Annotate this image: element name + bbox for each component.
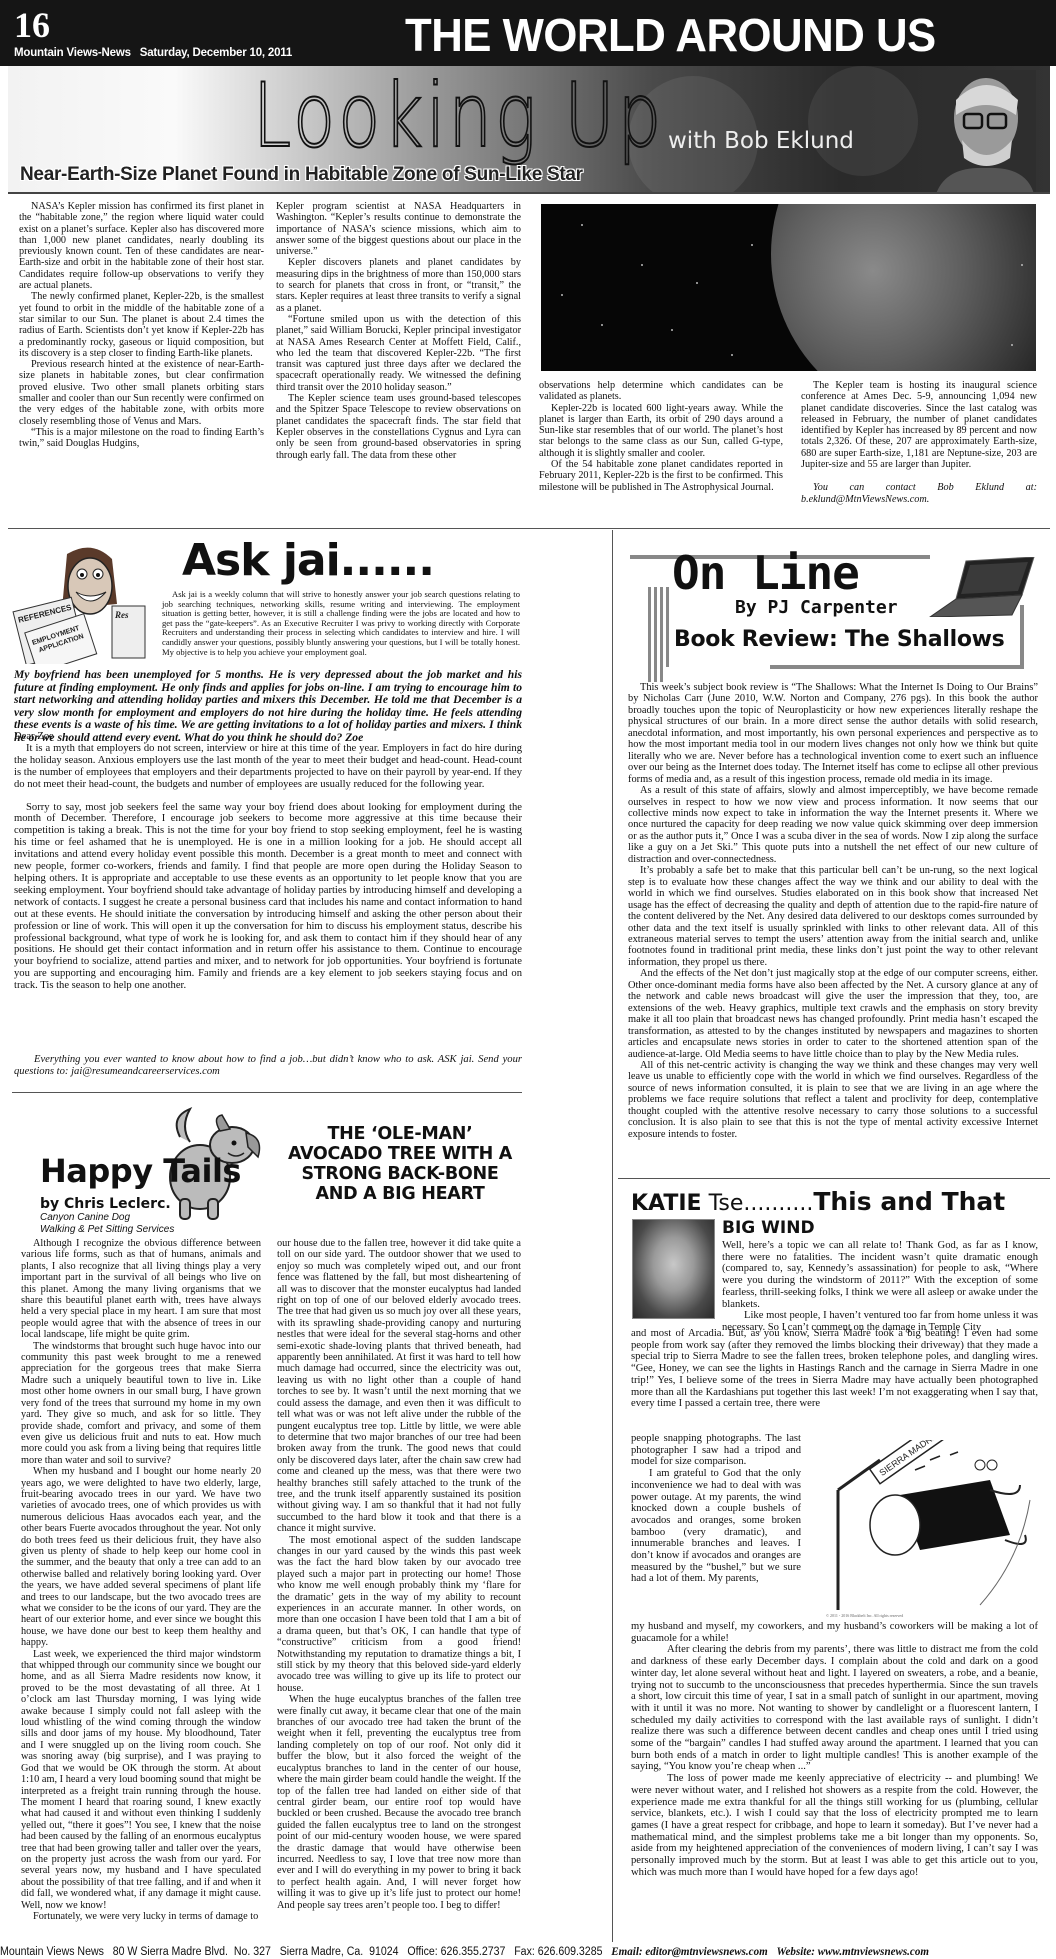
- paragraph: Although I recognize the obvious differe…: [21, 1238, 261, 1341]
- paragraph: The loss of power made me keenly appreci…: [631, 1773, 1038, 1878]
- footer-paper-name: Mountain Views News: [0, 1946, 104, 1958]
- svg-text:Res: Res: [114, 610, 129, 620]
- paragraph: Of the 54 habitable zone planet candidat…: [539, 459, 783, 493]
- book-review-title: Book Review: The Shallows: [674, 627, 1004, 652]
- looking-up-column-1: NASA’s Kepler mission has confirmed its …: [19, 201, 264, 450]
- paragraph: All of this net-centric activity is chan…: [628, 1060, 1038, 1140]
- paragraph: Sorry to say, most job seekers feel the …: [14, 802, 522, 993]
- salutation: Dear Zoe: [14, 731, 522, 743]
- footer-email-link[interactable]: Email: editor@mtnviewsnews.com: [611, 1944, 767, 1958]
- paragraph: It is a myth that employers do not scree…: [14, 743, 522, 791]
- paragraph: Fortunately, we were very lucky in terms…: [21, 1911, 261, 1922]
- ask-jai-answer: Dear Zoe It is a myth that employers do …: [14, 731, 522, 992]
- paragraph: NASA’s Kepler mission has confirmed its …: [19, 201, 264, 291]
- paragraph: The newly confirmed planet, Kepler-22b, …: [19, 291, 264, 359]
- paragraph: observations help determine which candid…: [539, 380, 783, 403]
- katie-column-title: KATIE Tse..........This and That: [631, 1187, 1005, 1216]
- paragraph: The Kepler team is hosting its inaugural…: [801, 380, 1037, 470]
- on-line-byline: By PJ Carpenter: [735, 597, 898, 618]
- title-column-name: This and That: [813, 1187, 1005, 1216]
- page-number: 16: [14, 4, 50, 46]
- ask-jai-signoff: Everything you ever wanted to know about…: [14, 1054, 522, 1078]
- paragraph: our house due to the fallen tree, howeve…: [277, 1238, 521, 1535]
- footer-fax: Fax: 626.609.3285: [514, 1946, 602, 1958]
- article-subtitle: BIG WIND: [722, 1218, 815, 1238]
- paragraph: When my husband and I bought our home ne…: [21, 1466, 261, 1649]
- author-organization: Canyon Canine Dog: [40, 1212, 130, 1223]
- paragraph: “This is a major milestone on the road t…: [19, 427, 264, 450]
- section-title: THE WORLD AROUND US: [405, 8, 936, 62]
- author-organization: Walking & Pet Sitting Services: [40, 1224, 174, 1235]
- ask-jai-cartoon: REFERENCES EMPLOYMENT APPLICATION Res: [12, 544, 147, 664]
- footer-office-phone: Office: 626.355.2737: [407, 1946, 505, 1958]
- paragraph: And the effects of the Net don’t just ma…: [628, 968, 1038, 1060]
- paragraph: The windstorms that brought such huge ha…: [21, 1341, 261, 1466]
- column-divider: [612, 530, 613, 1942]
- paragraph: Previous research hinted at the existenc…: [19, 359, 264, 427]
- paragraph: This week’s subject book review is “The …: [628, 682, 1038, 785]
- looking-up-column-3: observations help determine which candid…: [539, 380, 783, 493]
- paragraph: people snapping photographs. The last ph…: [631, 1433, 801, 1468]
- title-author: KATIE: [631, 1191, 702, 1216]
- windstorm-cartoon: SIERRA MADRE: [820, 1440, 1040, 1615]
- paragraph: “Fortune smiled upon us with the detecti…: [276, 314, 521, 393]
- paragraph: The Kepler science team uses ground-base…: [276, 393, 521, 461]
- page-footer: Mountain Views News 80 W Sierra Madre Bl…: [0, 1944, 972, 1959]
- lens-flare-decoration: [808, 66, 918, 176]
- section-divider: [8, 528, 1050, 529]
- paper-date: Mountain Views-News Saturday, December 1…: [14, 47, 292, 59]
- ask-jai-intro: Ask jai is a weekly column that will str…: [162, 590, 520, 657]
- section-divider: [618, 1178, 1050, 1179]
- author-photo: [926, 70, 1036, 194]
- paragraph: When the huge eucalyptus branches of the…: [277, 1694, 521, 1911]
- column-byline: with Bob Eklund: [668, 128, 854, 154]
- cartoon-credit: © 2011 - 2016 Blackbelt Inc. All rights …: [826, 1613, 903, 1618]
- footer-address: 80 W Sierra Madre Blvd. No. 327 Sierra M…: [113, 1946, 399, 1958]
- paragraph: After clearing the debris from my parent…: [631, 1644, 1038, 1773]
- kepler-22b-planet-image: [541, 204, 1036, 371]
- looking-up-column-2: Kepler program scientist at NASA Headqua…: [276, 201, 521, 461]
- happy-tails-byline: by Chris Leclerc.: [40, 1196, 171, 1212]
- paragraph: Kepler discovers planets and planet cand…: [276, 257, 521, 313]
- laptop-icon: [926, 557, 1038, 617]
- katie-body-continued: my husband and myself, my coworkers, and…: [631, 1621, 1038, 1878]
- on-line-logo: On Line By PJ Carpenter Book Review: The…: [620, 547, 1040, 682]
- paragraph: Kepler program scientist at NASA Headqua…: [276, 201, 521, 257]
- paragraph: It’s probably a safe bet to make that th…: [628, 865, 1038, 968]
- paragraph: I am grateful to God that the only incon…: [631, 1468, 801, 1585]
- footer-website-link[interactable]: Website: www.mtnviewsnews.com: [777, 1944, 929, 1958]
- paragraph: Well, here’s a topic we can all relate t…: [722, 1240, 1038, 1310]
- paragraph: The most emotional aspect of the sudden …: [277, 1535, 521, 1695]
- looking-up-column-4: The Kepler team is hosting its inaugural…: [801, 380, 1037, 505]
- paragraph: As a result of this state of affairs, sl…: [628, 785, 1038, 865]
- katie-narrow-text: people snapping photographs. The last ph…: [631, 1433, 801, 1585]
- paragraph: my husband and myself, my coworkers, and…: [631, 1621, 1038, 1644]
- katie-body: and most of Arcadia. But, as you know, S…: [631, 1328, 1038, 1410]
- section-divider: [12, 1092, 522, 1093]
- column-title: Looking Up: [253, 68, 664, 164]
- article-headline: THE ‘OLE-MAN’ AVOCADO TREE WITH A STRONG…: [280, 1124, 520, 1204]
- paragraph: Kepler-22b is located 600 light-years aw…: [539, 403, 783, 459]
- happy-tails-column-2: our house due to the fallen tree, howeve…: [277, 1238, 521, 1911]
- happy-tails-column-1: Although I recognize the obvious differe…: [21, 1238, 261, 1922]
- article-headline: Near-Earth-Size Planet Found in Habitabl…: [20, 164, 583, 186]
- looking-up-banner: Looking Up with Bob Eklund Near-Earth-Si…: [8, 66, 1050, 194]
- happy-tails-title: Happy Tails: [40, 1152, 241, 1190]
- book-review-body: This week’s subject book review is “The …: [628, 682, 1038, 1140]
- planet-graphic: [771, 204, 1036, 371]
- author-contact: You can contact Bob Eklund at: b.eklund@…: [801, 482, 1037, 505]
- ask-jai-title: Ask jai......: [182, 535, 434, 586]
- katie-intro-text: Well, here’s a topic we can all relate t…: [722, 1240, 1038, 1334]
- katie-author-photo: [632, 1219, 715, 1319]
- on-line-title: On Line: [672, 549, 859, 597]
- title-author-surname: Tse..........: [702, 1191, 814, 1216]
- paragraph: Last week, we experienced the third majo…: [21, 1649, 261, 1911]
